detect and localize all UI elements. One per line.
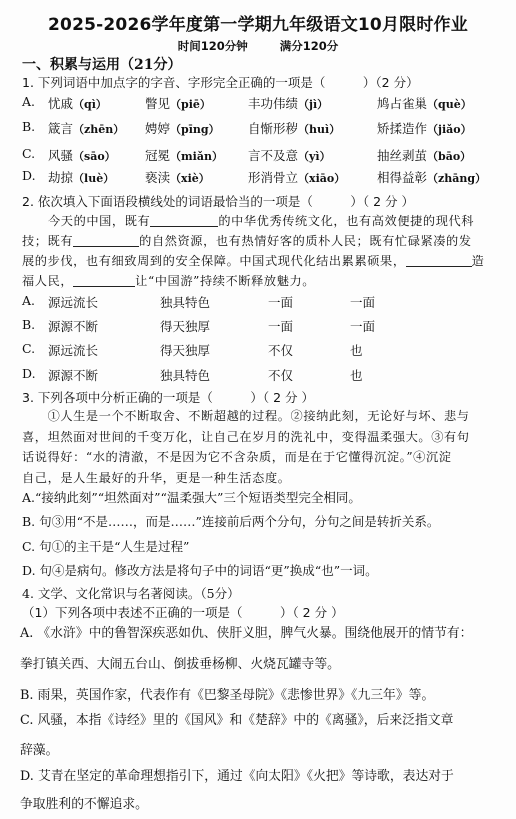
fill-blank	[73, 274, 135, 287]
q3-option: B. 句③用“不是……，而是……”连接前后两个分句，分句之间是转折关系。	[22, 512, 439, 530]
fill-blank	[406, 254, 472, 267]
q4-option-line: 拳打镇关西、大闹五台山、倒拔垂杨柳、火烧瓦罐寺等。	[20, 653, 340, 672]
q1-word: 风骚	[48, 148, 73, 163]
q1-option-item: 丰功伟绩（jì）	[248, 94, 328, 112]
q4-option-line: 争取胜利的不懈追求。	[20, 793, 148, 812]
q2-option-cell: 一面	[268, 293, 293, 311]
q2-option-cell: 源源不断	[48, 366, 98, 384]
q4-option-line: D. 艾青在坚定的革命理想指引下，通过《向太阳》《火把》等诗歌，表达对于	[20, 765, 454, 784]
q1-pinyin: （xiè）	[170, 172, 210, 185]
q2-option-label: B.	[22, 317, 35, 332]
q1-pinyin: （luè）	[73, 172, 114, 185]
q2-option-cell: 得天独厚	[160, 317, 210, 335]
q1-word: 形消骨立	[248, 170, 298, 185]
passage-text: 福人民，	[22, 274, 73, 288]
q4-sub1-stem: （1）下列各项中表述不正确的一项是（ ）（ 2 分 ）	[22, 603, 344, 621]
q2-option-cell: 一面	[268, 317, 293, 335]
q1-option-item: 鸠占雀巢（què）	[377, 94, 472, 112]
q1-word: 矫揉造作	[377, 121, 427, 136]
q1-option-item: 言不及意（yì）	[248, 146, 331, 164]
fill-blank	[150, 214, 218, 227]
q2-option-cell: 一面	[350, 317, 375, 335]
q2-option-cell: 不仅	[268, 366, 293, 384]
q2-option-cell: 源远流长	[48, 293, 98, 311]
exam-title: 2025-2026学年度第一学期九年级语文10月限时作业	[0, 10, 516, 35]
q1-pinyin: （bāo）	[427, 150, 471, 163]
q2-option-cell: 源源不断	[48, 317, 98, 335]
q1-word: 亵渎	[145, 170, 170, 185]
q3-stem: 3. 下列各项中分析正确的一项是（ ）（ 2 分 ）	[22, 388, 314, 406]
q2-option-label: C.	[22, 341, 35, 356]
q1-pinyin: （jì）	[298, 98, 328, 111]
q1-pinyin: （sāo）	[73, 150, 116, 163]
q2-option-label: A.	[22, 293, 35, 308]
q2-option-cell: 也	[350, 341, 363, 359]
q2-passage-line: 今天的中国，既有的中华优秀传统文化，也有高效便捷的现代科	[48, 212, 474, 229]
q1-pinyin: （yì）	[298, 150, 331, 163]
q3-passage-line: 话说得好：“水的清澈，不是因为它不含杂质，而是在于它懂得沉淀。”④沉淀	[22, 448, 452, 465]
q1-option-label: A.	[22, 94, 35, 109]
passage-text: 展的步伐，也有细致周到的安全保障。中国式现代化结出累累硕果，	[22, 254, 406, 268]
q2-option-label: D.	[22, 366, 36, 381]
q1-word: 劫掠	[48, 170, 73, 185]
q1-word: 忧戚	[48, 96, 73, 111]
q4-option-line: C. 风骚，本指《诗经》里的《国风》和《楚辞》中的《离骚》，后来泛指文章	[20, 709, 453, 728]
q1-word: 箴言	[48, 121, 73, 136]
q1-pinyin: （zhēn）	[73, 123, 124, 136]
q2-option-cell: 不仅	[268, 341, 293, 359]
q1-option-label: D.	[22, 168, 36, 183]
q1-stem: 1. 下列词语中加点字的字音、字形完全正确的一项是（ ）（2 分）	[22, 73, 419, 91]
q1-option-item: 自惭形秽（huì）	[248, 119, 340, 137]
q1-word: 鸠占雀巢	[377, 96, 427, 111]
passage-text: 造	[472, 254, 485, 268]
q1-option-item: 亵渎（xiè）	[145, 168, 210, 186]
exam-page: 2025-2026学年度第一学期九年级语文10月限时作业 时间120分钟 满分1…	[0, 0, 516, 819]
q3-option: A.“接纳此刻”“坦然面对”“温柔强大”三个短语类型完全相同。	[22, 488, 361, 506]
q1-pinyin: （huì）	[298, 123, 340, 136]
q1-option-item: 瞥见（piē）	[145, 94, 211, 112]
q1-pinyin: （miǎn）	[170, 150, 223, 163]
passage-text: 让“中国游”持续不断释放魅力。	[135, 274, 315, 288]
q1-word: 瞥见	[145, 96, 170, 111]
q3-option: D. 句④是病句。修改方法是将句子中的词语“更”换成“也”一词。	[22, 561, 378, 579]
q1-word: 冠冕	[145, 148, 170, 163]
q1-word: 抽丝剥茧	[377, 148, 427, 163]
passage-text: 的中华优秀传统文化，也有高效便捷的现代科	[218, 214, 474, 228]
q1-word: 娉婷	[145, 121, 170, 136]
q2-passage-line: 展的步伐，也有细致周到的安全保障。中国式现代化结出累累硕果，造	[22, 252, 484, 269]
exam-meta: 时间120分钟 满分120分	[0, 38, 516, 54]
q1-option-item: 忧戚（qì）	[48, 94, 107, 112]
exam-time: 时间120分钟	[178, 39, 248, 53]
q1-pinyin: （piē）	[170, 98, 211, 111]
q4-stem: 4. 文学、文化常识与名著阅读。（5分）	[22, 584, 240, 602]
q1-pinyin: （xiāo）	[298, 172, 345, 185]
q1-pinyin: （jiǎo）	[427, 123, 472, 136]
q1-option-label: C.	[22, 146, 35, 161]
q1-option-item: 矫揉造作（jiǎo）	[377, 119, 472, 137]
q2-option-cell: 一面	[350, 293, 375, 311]
q1-option-item: 风骚（sāo）	[48, 146, 116, 164]
q2-option-cell: 独具特色	[160, 293, 210, 311]
q3-passage-line: 自己，是人生最好的升华，更是一种生活态度。	[22, 469, 291, 486]
q2-option-cell: 独具特色	[160, 366, 210, 384]
section-heading: 一、积累与运用（21分）	[22, 54, 181, 74]
q1-option-item: 箴言（zhēn）	[48, 119, 124, 137]
q1-word: 相得益彰	[377, 170, 427, 185]
q1-pinyin: （què）	[427, 98, 472, 111]
passage-text: 的自然资源，也有热情好客的质朴人民；既有忙碌紧凑的发	[139, 234, 471, 248]
q2-option-cell: 得天独厚	[160, 341, 210, 359]
q1-pinyin: （zhāng）	[427, 172, 486, 185]
q2-passage-line: 福人民，让“中国游”持续不断释放魅力。	[22, 272, 315, 289]
q2-stem: 2. 依次填入下面语段横线处的词语最恰当的一项是（ ）（ 2 分 ）	[22, 192, 414, 210]
q2-passage-line: 技；既有的自然资源，也有热情好客的质朴人民；既有忙碌紧凑的发	[22, 232, 472, 249]
q3-passage-line: ①人生是一个不断取舍、不断超越的过程。②接纳此刻，无论好与坏、悲与	[22, 407, 470, 424]
q1-option-item: 抽丝剥茧（bāo）	[377, 146, 471, 164]
q1-pinyin: （pīng）	[170, 123, 220, 136]
q1-word: 言不及意	[248, 148, 298, 163]
q3-passage-line: 喜，坦然面对世间的千变万化，让自己在岁月的洗礼中，变得温柔强大。③有句	[22, 428, 470, 445]
q2-option-cell: 源远流长	[48, 341, 98, 359]
q1-option-item: 娉婷（pīng）	[145, 119, 220, 137]
q4-option-line: A. 《水浒》中的鲁智深疾恶如仇、侠肝义胆，脾气火暴。围绕他展开的情节有：	[20, 622, 472, 641]
passage-text: 技；既有	[22, 234, 73, 248]
q1-option-item: 劫掠（luè）	[48, 168, 114, 186]
q1-option-item: 形消骨立（xiāo）	[248, 168, 345, 186]
q3-option: C. 句①的主干是“人生是过程”	[22, 537, 189, 555]
fill-blank	[73, 234, 139, 247]
q4-option-line: 辞藻。	[20, 739, 58, 758]
q1-option-item: 冠冕（miǎn）	[145, 146, 223, 164]
q1-pinyin: （qì）	[73, 98, 107, 111]
q1-option-item: 相得益彰（zhāng）	[377, 168, 486, 186]
q4-option-line: B. 雨果，英国作家，代表作有《巴黎圣母院》《悲惨世界》《九三年》等。	[20, 684, 434, 703]
q1-option-label: B.	[22, 119, 35, 134]
q1-word: 自惭形秽	[248, 121, 298, 136]
q2-option-cell: 也	[350, 366, 363, 384]
exam-score: 满分120分	[280, 39, 339, 53]
passage-text: 今天的中国，既有	[48, 214, 150, 228]
q1-word: 丰功伟绩	[248, 96, 298, 111]
